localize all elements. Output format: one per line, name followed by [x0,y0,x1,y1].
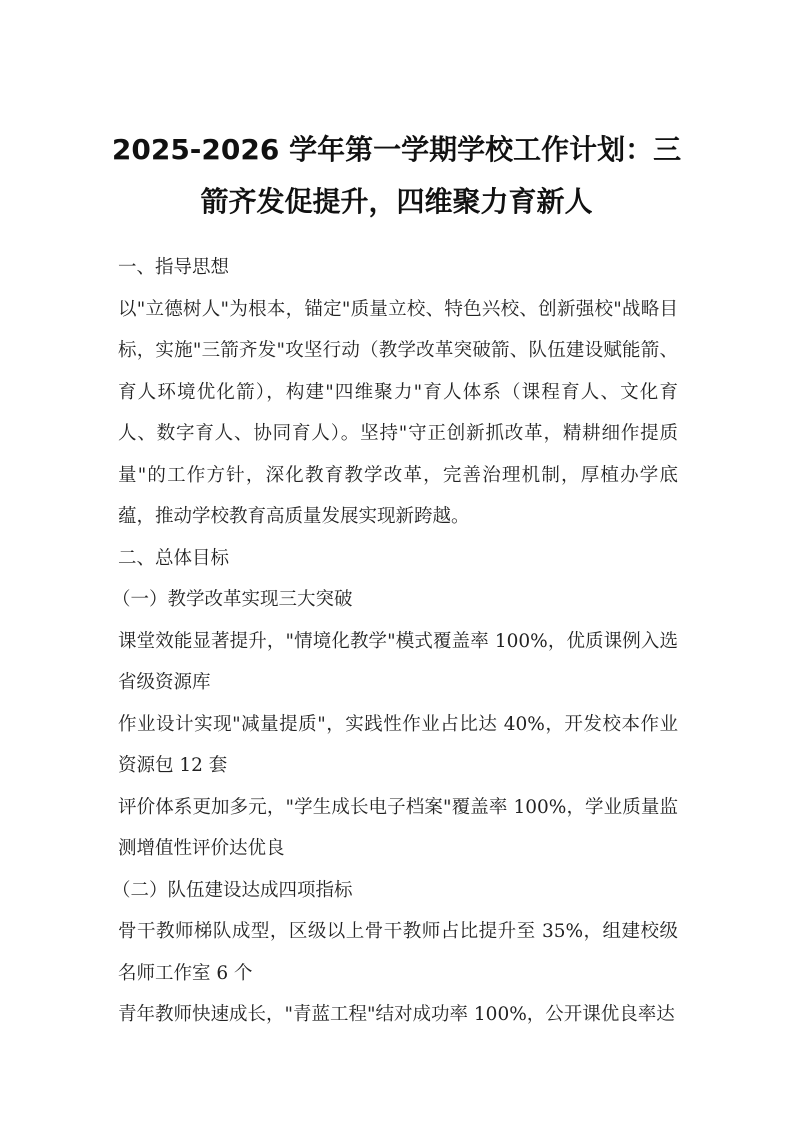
list-item: 课堂效能显著提升，"情境化教学"模式覆盖率 100%，优质课例入选省级资源库 [118,621,678,704]
section-heading-overall-goals: 二、总体目标 [118,538,678,580]
paragraph-guiding-ideology: 以"立德树人"为根本，锚定"质量立校、特色兴校、创新强校"战略目标，实施"三箭齐… [118,289,678,538]
section-heading-guiding-ideology: 一、指导思想 [118,247,678,289]
subsection-heading-teaching-reform: （一）教学改革实现三大突破 [112,579,678,621]
list-item: 评价体系更加多元，"学生成长电子档案"覆盖率 100%，学业质量监测增值性评价达… [118,787,678,870]
list-item: 骨干教师梯队成型，区级以上骨干教师占比提升至 35%，组建校级名师工作室 6 个 [118,911,678,994]
document-body: 一、指导思想 以"立德树人"为根本，锚定"质量立校、特色兴校、创新强校"战略目标… [118,247,678,1036]
list-item: 作业设计实现"减量提质"，实践性作业占比达 40%，开发校本作业资源包 12 套 [118,704,678,787]
document-title: 2025-2026 学年第一学期学校工作计划：三箭齐发促提升，四维聚力育新人 [100,124,693,228]
list-item: 青年教师快速成长，"青蓝工程"结对成功率 100%，公开课优良率达 [118,994,678,1036]
subsection-heading-team-building: （二）队伍建设达成四项指标 [112,870,678,912]
document-page: 2025-2026 学年第一学期学校工作计划：三箭齐发促提升，四维聚力育新人 一… [0,0,793,1122]
